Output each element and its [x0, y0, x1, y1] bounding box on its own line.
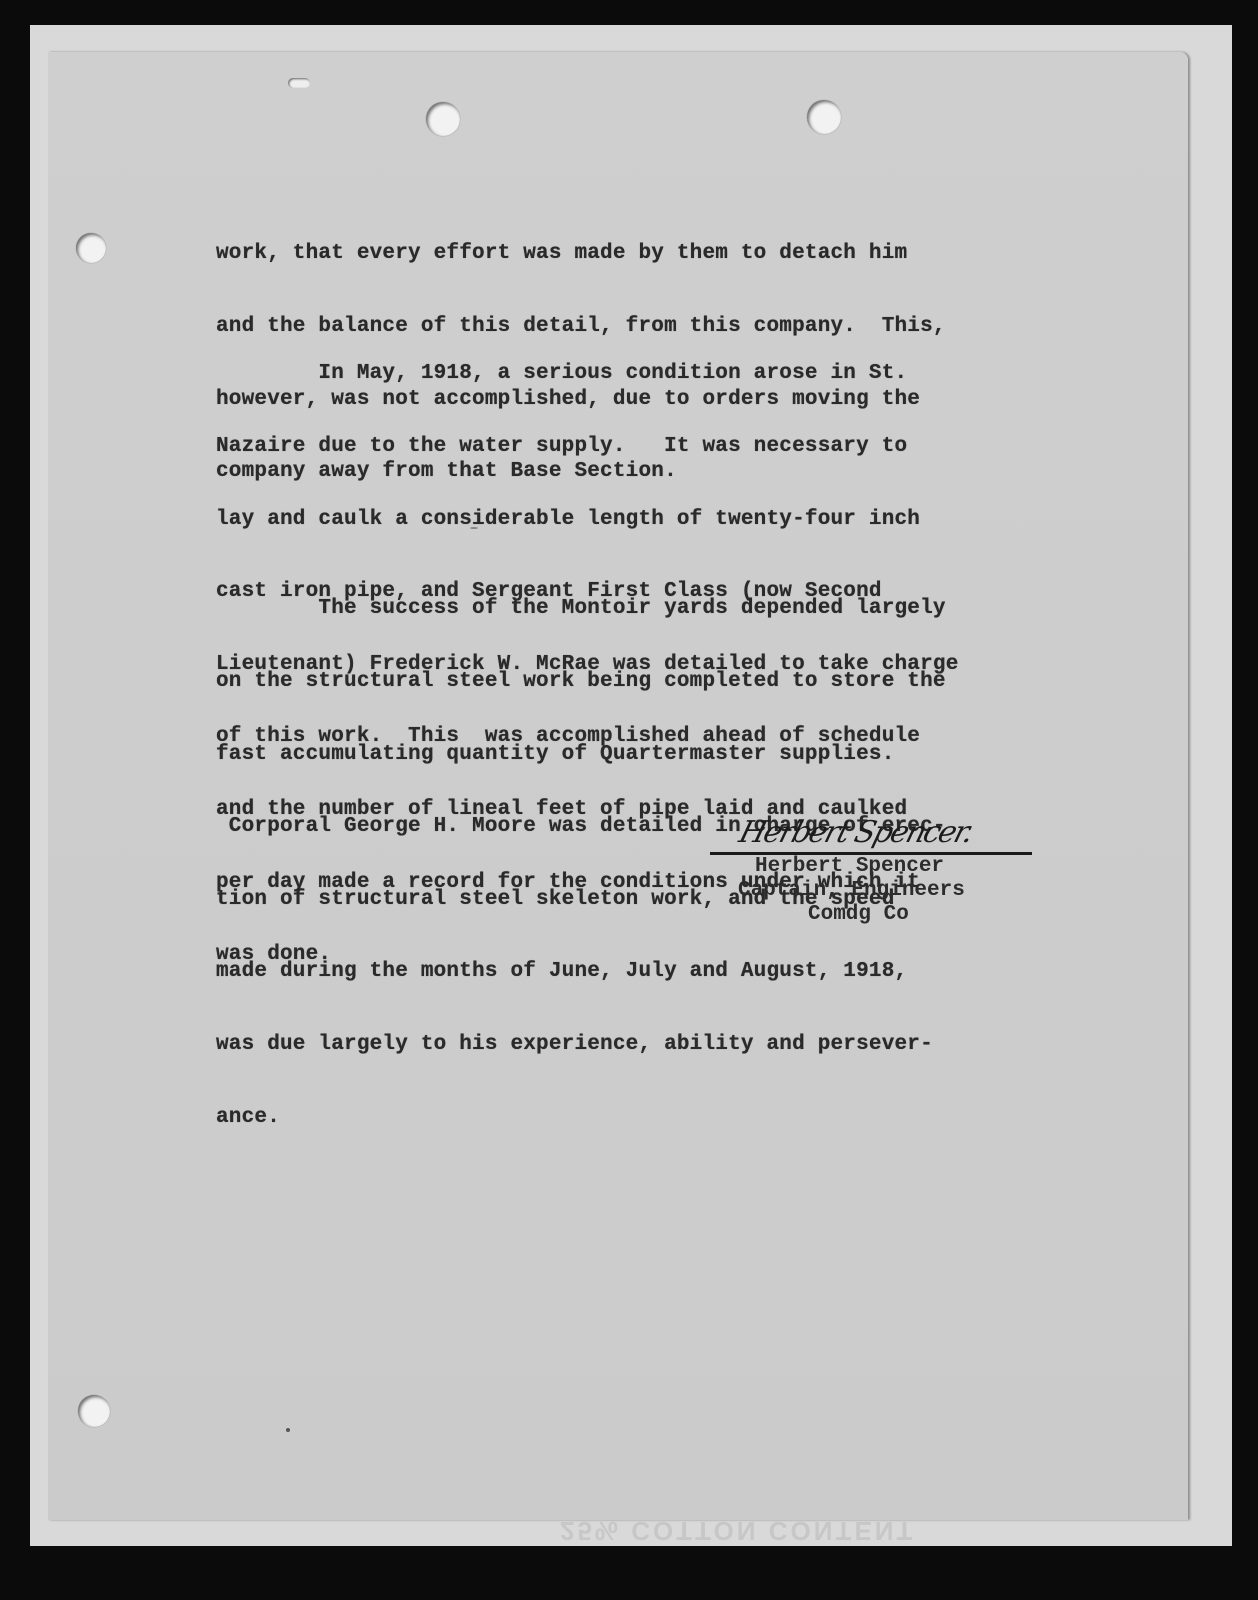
text-line: lay and caulk a considerable length of t… — [216, 508, 1036, 532]
punch-hole-icon — [78, 1395, 110, 1427]
punch-hole-icon — [426, 102, 460, 136]
text-line: made during the months of June, July and… — [216, 960, 1036, 984]
text-line: on the structural steel work being compl… — [216, 670, 1036, 694]
punch-hole-icon — [807, 100, 841, 134]
paper-speck — [286, 1428, 290, 1432]
text-line: Nazaire due to the water supply. It was … — [216, 435, 1036, 459]
text-line: was due largely to his experience, abili… — [216, 1033, 1036, 1057]
signatory-title: Captain, Engineers — [738, 879, 965, 903]
signatory-unit: Comdg Co — [808, 903, 909, 927]
signature-block: Herbert Spencer. Herbert Spencer Captain… — [700, 815, 1040, 935]
text-line: ance. — [216, 1106, 1036, 1130]
paper-watermark: 25% COTTON CONTENT — [560, 1516, 1000, 1546]
text-line: fast accumulating quantity of Quartermas… — [216, 743, 1036, 767]
signatory-name: Herbert Spencer — [755, 855, 944, 879]
text-line: In May, 1918, a serious condition arose … — [216, 362, 1036, 386]
paper-tear-mark — [288, 78, 310, 88]
text-line: work, that every effort was made by them… — [216, 242, 1036, 266]
punch-hole-icon — [76, 233, 106, 263]
paper-speck — [470, 527, 478, 529]
handwritten-signature: Herbert Spencer. — [735, 815, 976, 850]
text-line: The success of the Montoir yards depende… — [216, 597, 1036, 621]
